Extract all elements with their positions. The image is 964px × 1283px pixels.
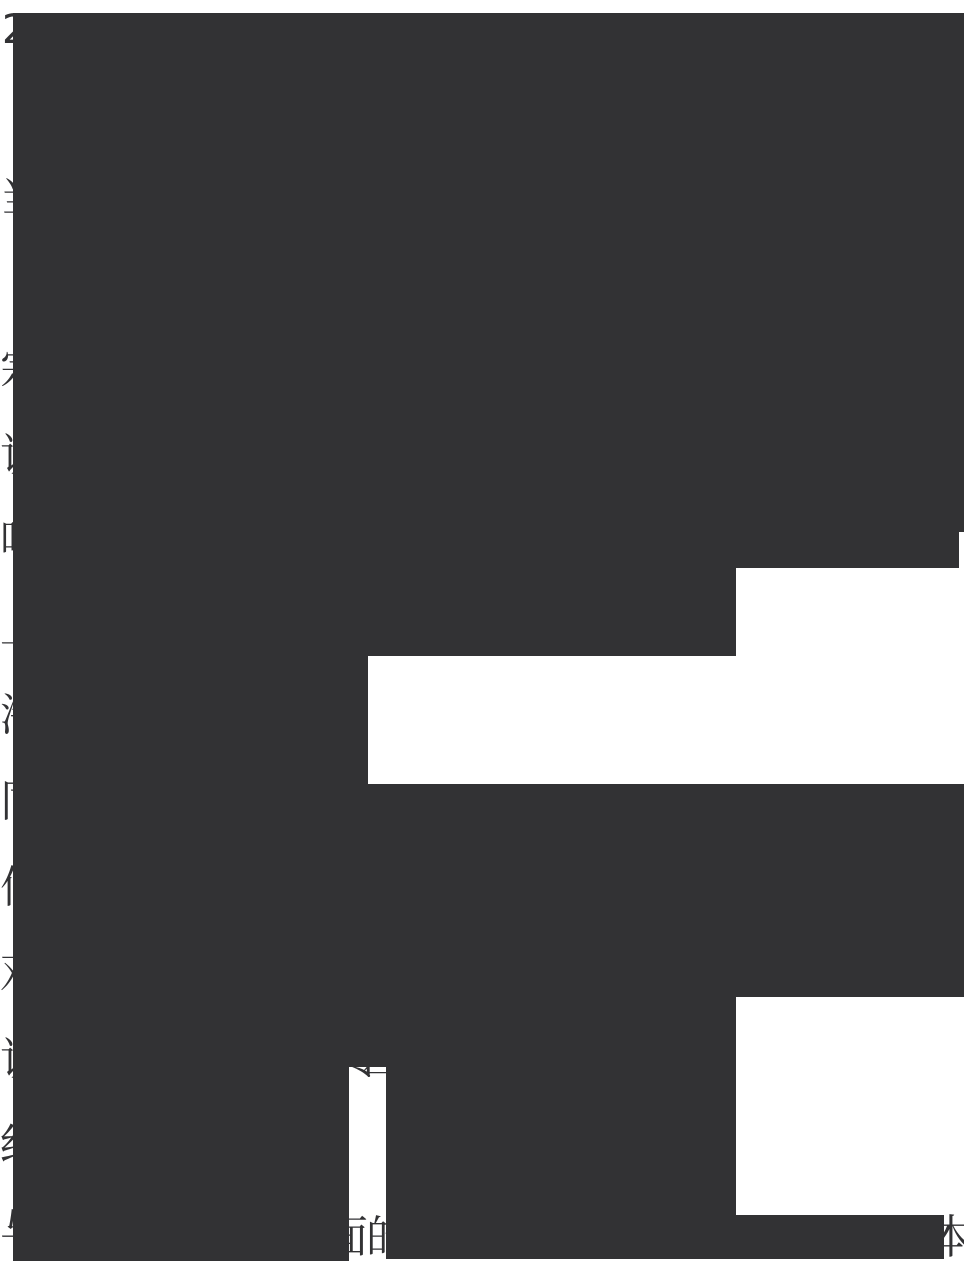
ink-block bbox=[386, 997, 736, 1259]
ink-block bbox=[13, 784, 964, 997]
document-page: 2当「宗说喝上海同你对说经与专凵面的本长 bbox=[0, 0, 964, 1283]
ink-block bbox=[13, 656, 368, 784]
ink-block bbox=[13, 13, 959, 568]
ink-block bbox=[13, 568, 736, 656]
ink-block bbox=[736, 1215, 944, 1259]
ink-block bbox=[349, 997, 386, 1067]
ink-block bbox=[13, 997, 349, 1261]
ink-block bbox=[959, 13, 964, 532]
